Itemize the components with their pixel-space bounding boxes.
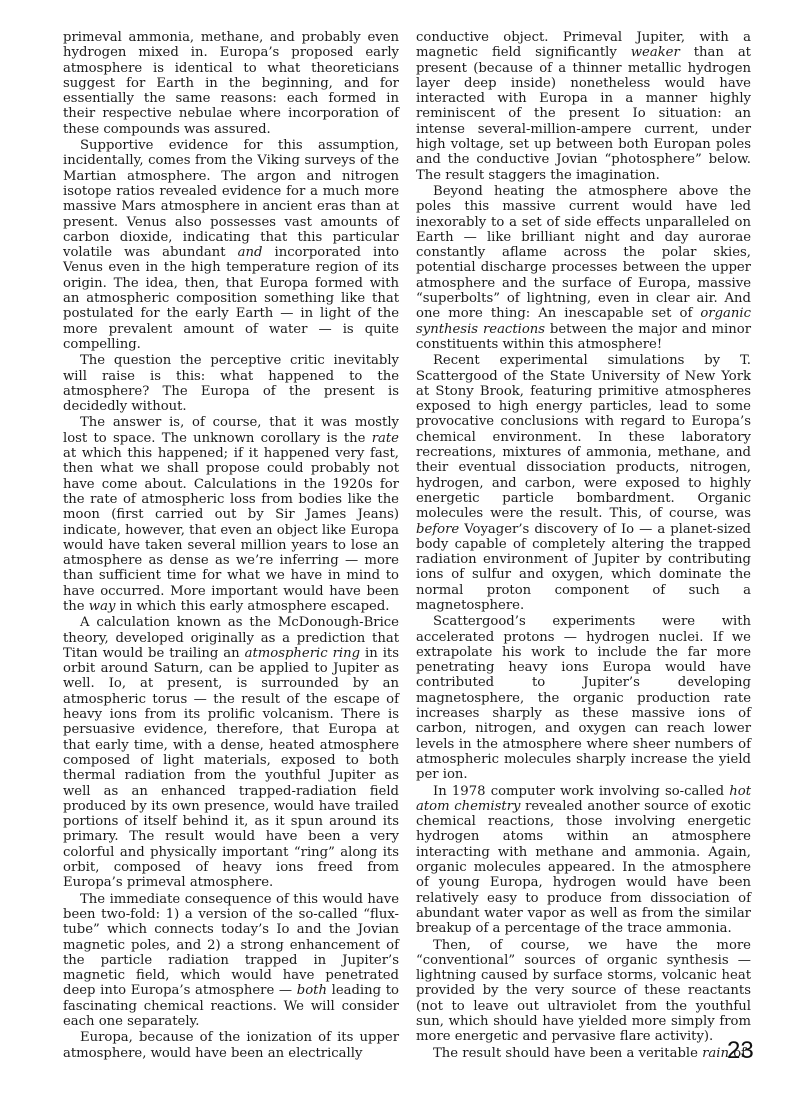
paragraph: The result should have been a veritable …: [416, 1046, 751, 1061]
paragraph: The question the perceptive critic inevi…: [63, 353, 399, 414]
emphasis: way: [89, 599, 116, 614]
emphasis: before: [416, 522, 459, 537]
paragraph: A calculation known as the McDonough-Bri…: [63, 615, 399, 890]
paragraph: Beyond heating the atmosphere above the …: [416, 184, 751, 352]
paragraph: Then, of course, we have the more “conve…: [416, 938, 751, 1045]
paragraph: The immediate consequence of this would …: [63, 892, 399, 1030]
emphasis: rate: [372, 431, 399, 446]
paragraph: Supportive evidence for this assumption,…: [63, 138, 399, 352]
paragraph: Scattergood’s experiments were with acce…: [416, 614, 751, 782]
page-number: 23: [727, 1038, 754, 1064]
paragraph: The answer is, of course, that it was mo…: [63, 415, 399, 614]
left-column: primeval ammonia, methane, and probably …: [63, 30, 399, 1061]
emphasis: organic synthesis reactions: [416, 306, 751, 336]
right-column: conductive object. Primeval Jupiter, wit…: [416, 30, 751, 1061]
emphasis: and: [238, 245, 263, 260]
paragraph: In 1978 computer work involving so-calle…: [416, 784, 751, 937]
paragraph: Europa, because of the ionization of its…: [63, 1030, 399, 1061]
paragraph: Recent experimental simulations by T. Sc…: [416, 353, 751, 613]
paragraph: primeval ammonia, methane, and probably …: [63, 30, 399, 137]
emphasis: both: [297, 983, 327, 998]
emphasis: weaker: [631, 45, 680, 60]
emphasis: hot atom chemistry: [416, 784, 751, 814]
paragraph: conductive object. Primeval Jupiter, wit…: [416, 30, 751, 183]
emphasis: rain: [702, 1046, 729, 1061]
emphasis: atmospheric ring: [245, 646, 360, 661]
